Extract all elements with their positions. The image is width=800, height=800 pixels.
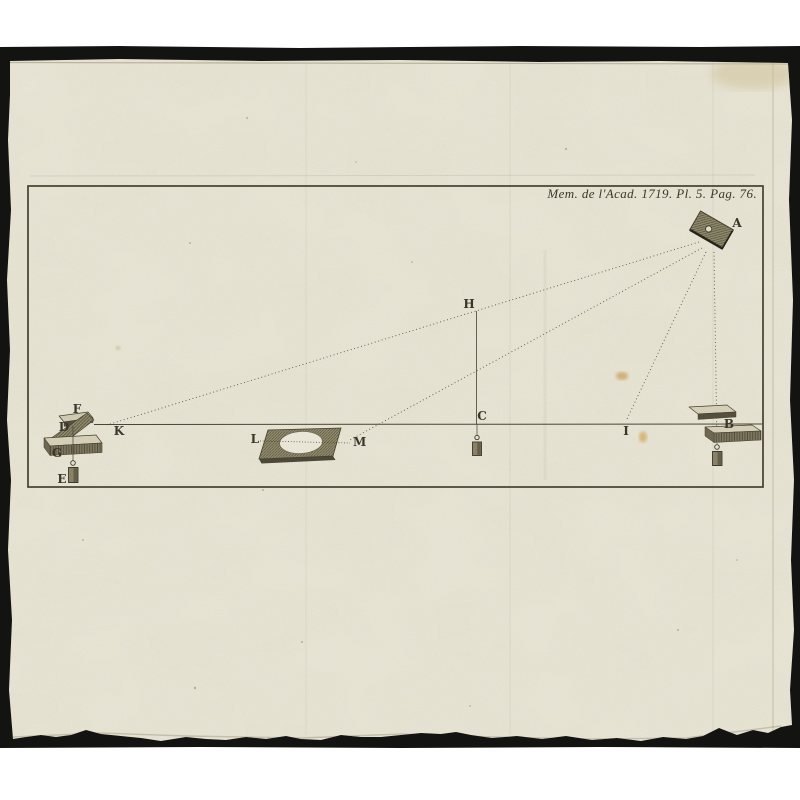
label-L: L: [251, 432, 260, 446]
label-M: M: [353, 435, 366, 449]
label-F: F: [73, 402, 82, 416]
scanned-engraving: Mem. de l'Acad. 1719. Pl. 5. Pag. 76. A: [0, 0, 800, 800]
baseline: [94, 424, 762, 425]
label-I: I: [623, 424, 629, 438]
paper-texture: [0, 46, 800, 751]
engraving-canvas: Mem. de l'Acad. 1719. Pl. 5. Pag. 76. A: [0, 0, 800, 800]
label-D: D: [59, 420, 69, 434]
stain-spot: [639, 432, 647, 443]
engraving-caption: Mem. de l'Acad. 1719. Pl. 5. Pag. 76.: [546, 186, 757, 201]
label-E: E: [57, 472, 66, 486]
label-A: A: [731, 216, 742, 230]
label-B: B: [724, 417, 734, 431]
label-C: C: [477, 409, 487, 423]
label-H: H: [463, 297, 474, 311]
label-K: K: [114, 424, 125, 438]
corner-stain: [711, 59, 795, 89]
stain-spot: [616, 372, 628, 380]
label-G: G: [52, 446, 62, 460]
